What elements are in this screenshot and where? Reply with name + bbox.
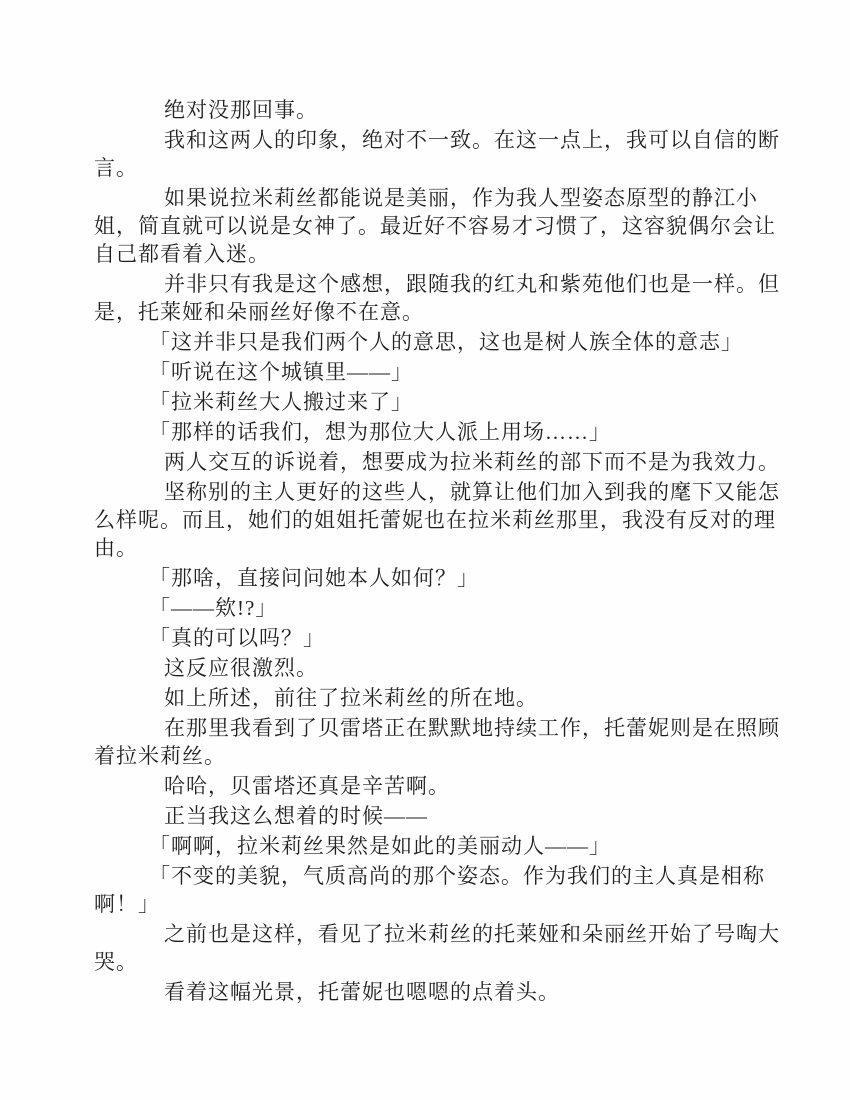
narration-paragraph: 在那里我看到了贝雷塔正在默默地持续工作，托蕾妮则是在照顾着拉米莉丝。 xyxy=(94,714,782,770)
dialogue-paragraph: 「那啥，直接问问她本人如何？」 xyxy=(94,564,782,592)
reader-page: 绝对没那回事。我和这两人的印象，绝对不一致。在这一点上，我可以自信的断言。如果说… xyxy=(0,0,850,1100)
narration-paragraph: 看着这幅光景，托蕾妮也嗯嗯的点着头。 xyxy=(94,978,782,1006)
narration-paragraph: 如上所述，前往了拉米莉丝的所在地。 xyxy=(94,684,782,712)
narration-paragraph: 之前也是这样，看见了拉米莉丝的托莱娅和朵丽丝开始了号啕大哭。 xyxy=(94,920,782,976)
narration-paragraph: 这反应很激烈。 xyxy=(94,654,782,682)
dialogue-paragraph: 「不变的美貌，气质高尚的那个姿态。作为我们的主人真是相称啊！」 xyxy=(94,862,782,918)
dialogue-paragraph: 「真的可以吗？」 xyxy=(94,624,782,652)
narration-paragraph: 哈哈，贝雷塔还真是辛苦啊。 xyxy=(94,772,782,800)
narration-paragraph: 并非只有我是这个感想，跟随我的红丸和紫苑他们也是一样。但是，托莱娅和朵丽丝好像不… xyxy=(94,270,782,326)
narration-paragraph: 坚称别的主人更好的这些人，就算让他们加入到我的麾下又能怎么样呢。而且，她们的姐姐… xyxy=(94,478,782,562)
page-text: 绝对没那回事。我和这两人的印象，绝对不一致。在这一点上，我可以自信的断言。如果说… xyxy=(94,96,782,1008)
dialogue-paragraph: 「拉米莉丝大人搬过来了」 xyxy=(94,388,782,416)
dialogue-paragraph: 「——欸!?」 xyxy=(94,594,782,622)
narration-paragraph: 我和这两人的印象，绝对不一致。在这一点上，我可以自信的断言。 xyxy=(94,126,782,182)
narration-paragraph: 绝对没那回事。 xyxy=(94,96,782,124)
narration-paragraph: 两人交互的诉说着，想要成为拉米莉丝的部下而不是为我效力。 xyxy=(94,448,782,476)
narration-paragraph: 正当我这么想着的时候—— xyxy=(94,802,782,830)
dialogue-paragraph: 「听说在这个城镇里——」 xyxy=(94,358,782,386)
dialogue-paragraph: 「这并非只是我们两个人的意思，这也是树人族全体的意志」 xyxy=(94,328,782,356)
narration-paragraph: 如果说拉米莉丝都能说是美丽，作为我人型姿态原型的静江小姐，简直就可以说是女神了。… xyxy=(94,184,782,268)
dialogue-paragraph: 「那样的话我们，想为那位大人派上用场……」 xyxy=(94,418,782,446)
dialogue-paragraph: 「啊啊，拉米莉丝果然是如此的美丽动人——」 xyxy=(94,832,782,860)
